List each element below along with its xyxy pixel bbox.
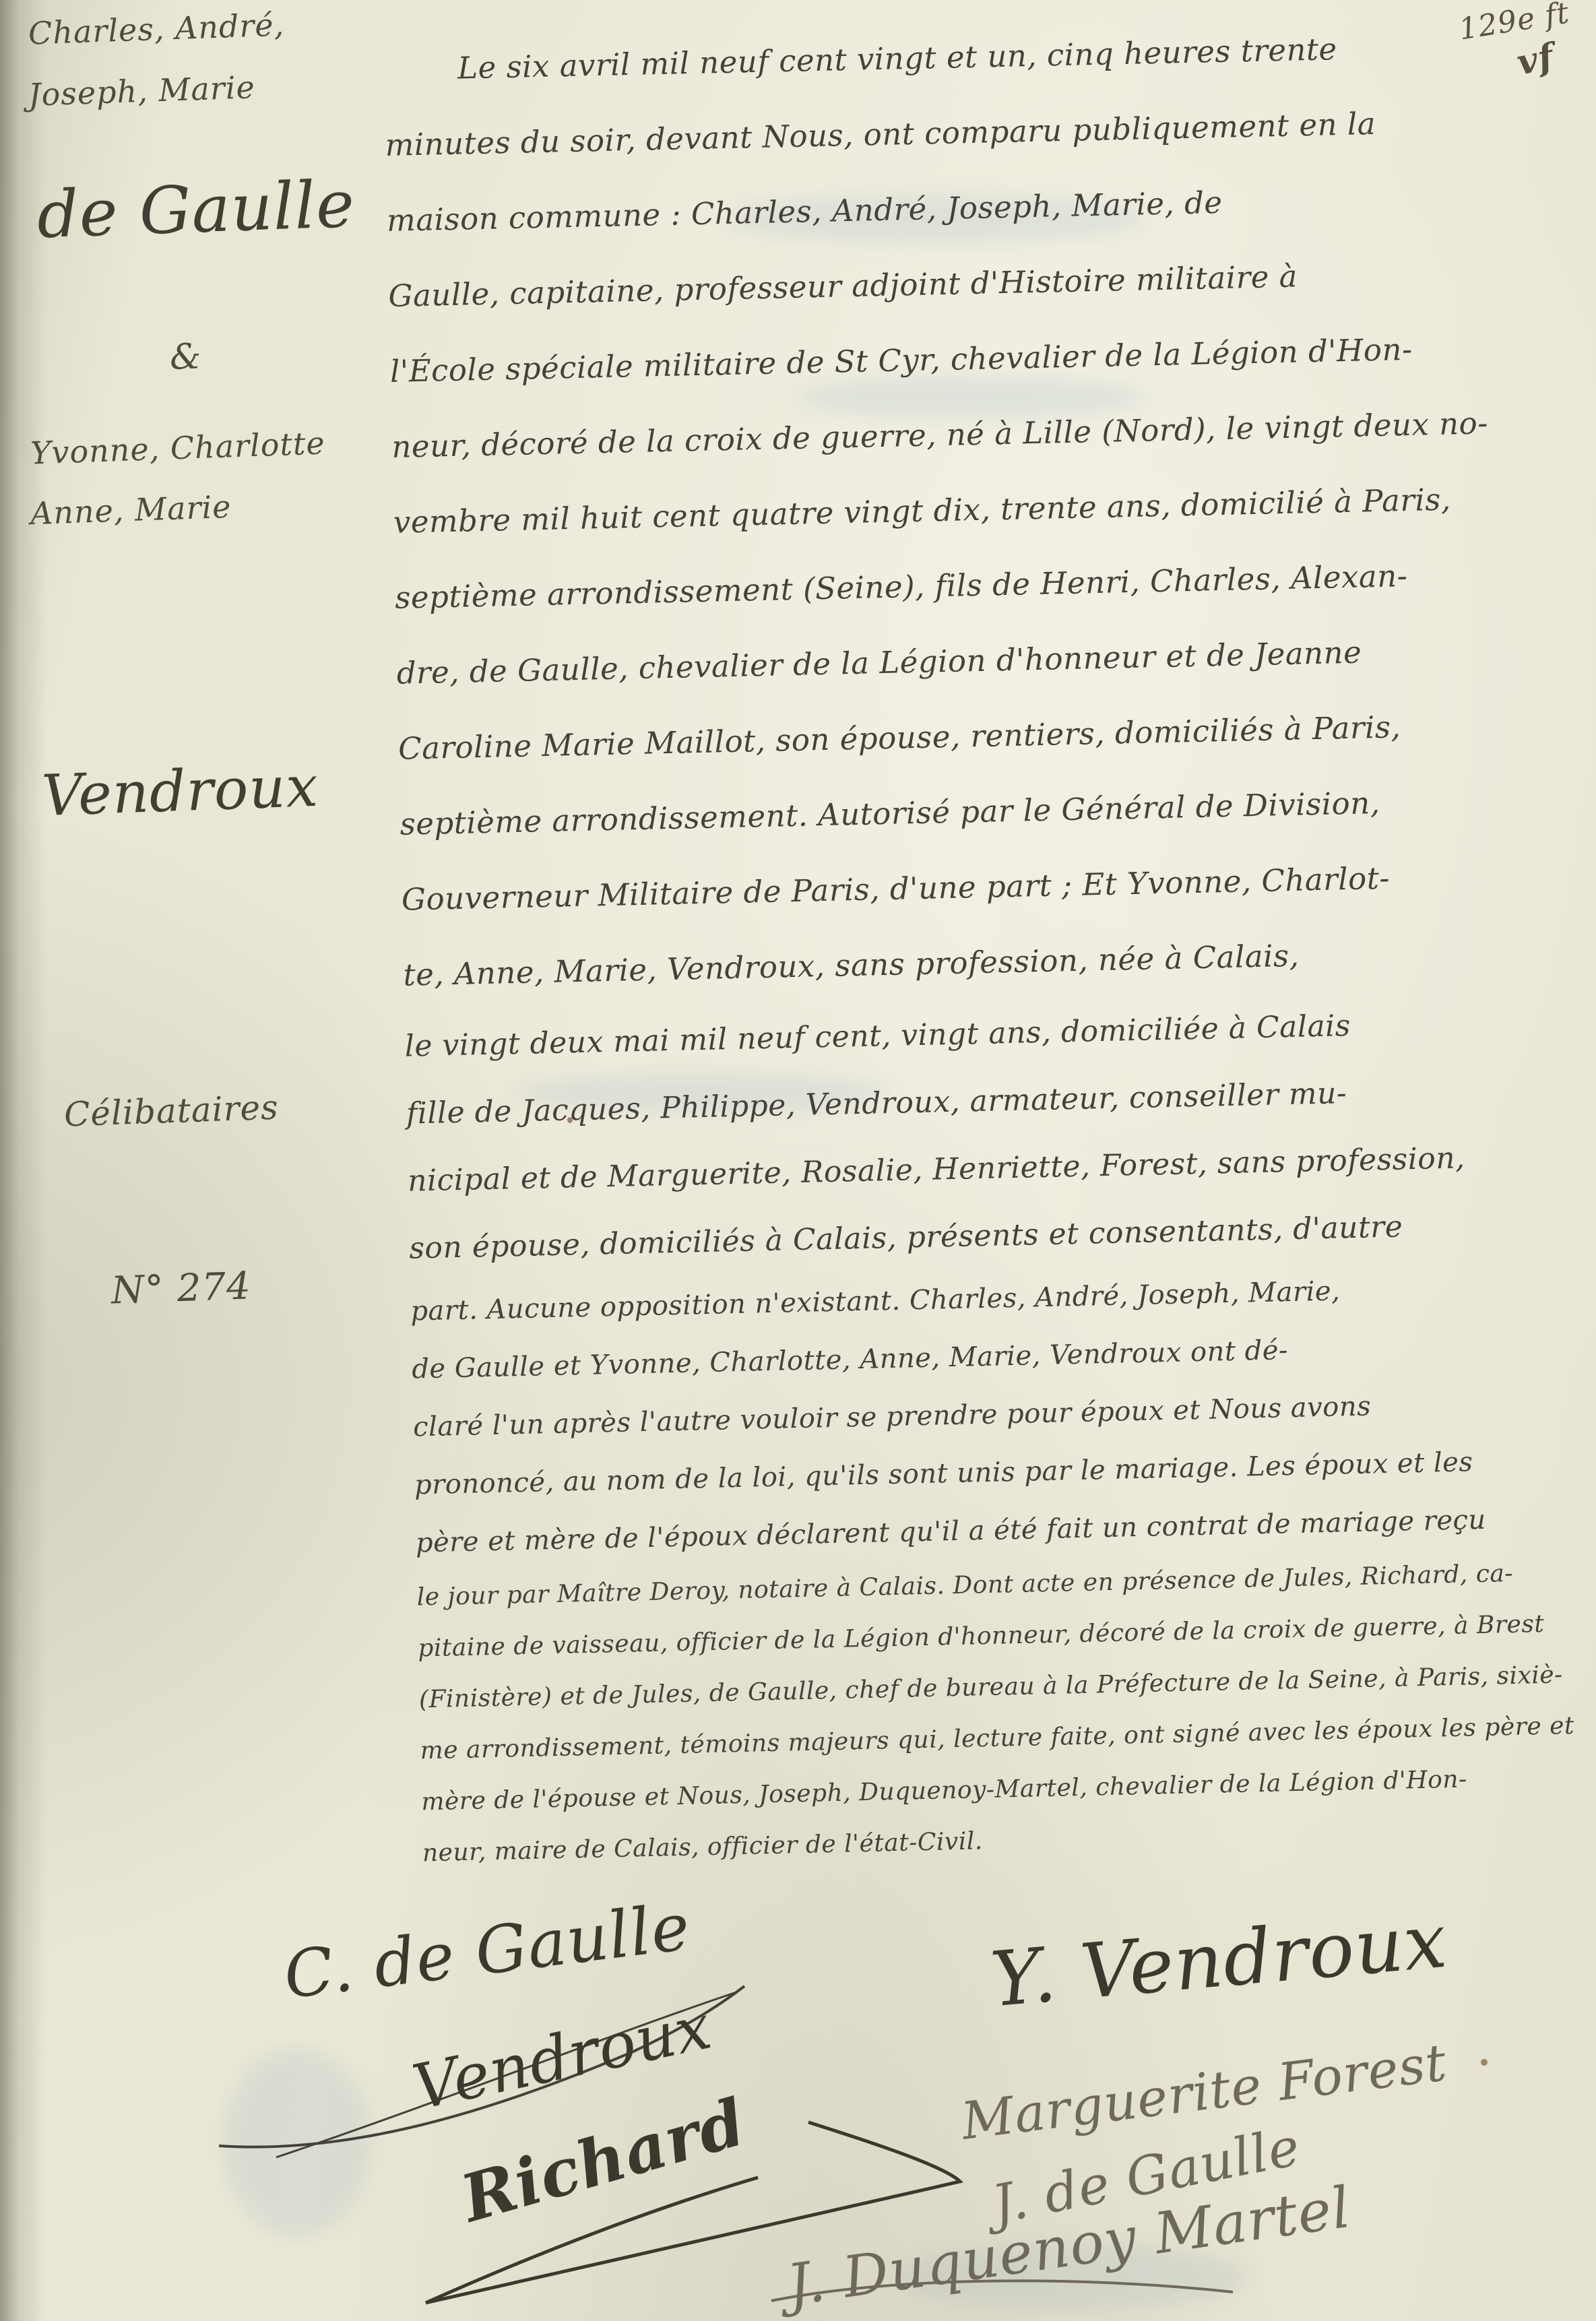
act-body: Le six avril mil neuf cent vingt et un, …	[383, 6, 1596, 1880]
margin-bride-names-2: Anne, Marie	[30, 488, 232, 532]
margin-groom-names-1: Charles, André,	[28, 6, 285, 51]
margin-bride-names-1: Yvonne, Charlotte	[30, 424, 325, 471]
groom-signature: C. de Gaulle	[280, 1889, 694, 2014]
bleedthrough-artifact	[222, 2048, 371, 2237]
book-gutter-shadow	[0, 0, 47, 2321]
margin-bride-surname: Vendroux	[40, 753, 319, 829]
margin-act-number: N° 274	[110, 1264, 252, 1312]
ink-speck	[1481, 2059, 1488, 2066]
margin-marital-status: Célibataires	[63, 1087, 280, 1134]
margin-ampersand: &	[169, 336, 202, 378]
margin-groom-names-2: Joseph, Marie	[28, 69, 255, 113]
document-page: 129e ft vf Charles, André, Joseph, Marie…	[0, 0, 1596, 2321]
bride-signature: Y. Vendroux	[988, 1897, 1450, 2025]
margin-groom-surname: de Gaulle	[36, 166, 356, 253]
